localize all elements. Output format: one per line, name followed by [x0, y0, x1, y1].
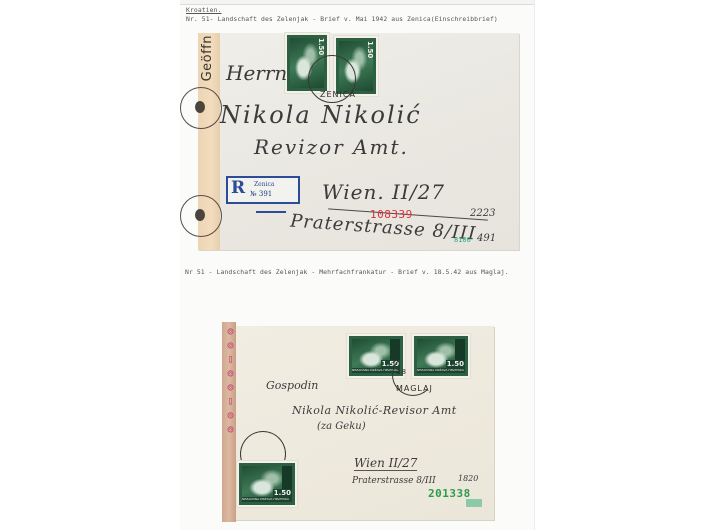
registration-number: № 391	[250, 190, 272, 198]
caption-cover-2: Nr 51 - Landschaft des Zelenjak - Mehrfa…	[185, 268, 509, 276]
address-line: Nikola Nikolić-Revisor Amt	[292, 404, 457, 417]
address-line: Revizor Amt.	[254, 135, 409, 159]
address-line: Wien II/27	[354, 456, 417, 471]
censor-tape: Geöffn	[198, 33, 220, 250]
stamp: NEZAVISNA DRŽAVA HRVATSKA 1.50	[237, 461, 297, 507]
address-line: (za Geku)	[317, 421, 366, 432]
country-heading: Kroatien.	[186, 6, 222, 14]
cover-2-envelope: NEZAVISNA DRŽAVA HRVATSKA 1.50 NEZAVISNA…	[222, 326, 494, 520]
pencil-note: 1820	[458, 474, 478, 483]
censor-dial-icon	[180, 195, 222, 237]
pencil-note: 2223	[470, 208, 495, 219]
censor-tape: ◎◎▯◎◎▯◎◎	[222, 322, 236, 522]
address-line: Wien. II/27	[322, 180, 445, 204]
cover-1-envelope: Geöffn 1.50 1.50 ZENICA Herrn Nikola Nik…	[198, 33, 519, 250]
postmark-town: MAGLAJ	[396, 384, 433, 393]
postmark-town: ZENICA	[320, 90, 356, 99]
address-line: Herrn	[226, 61, 287, 85]
caption-cover-1: Nr. 51- Landschaft des Zelenjak - Brief …	[186, 15, 498, 23]
censor-tape-text: ◎◎▯◎◎▯◎◎	[223, 326, 236, 438]
censor-tape-text: Geöffn	[200, 35, 218, 81]
postmark-date: 18	[396, 368, 407, 376]
address-line: Nikola Nikolić	[220, 101, 422, 129]
censor-dial-icon	[180, 87, 222, 129]
address-line: Praterstrasse 8/III	[352, 476, 436, 486]
registration-label: R Zenica № 391	[226, 176, 300, 204]
pencil-note: 491	[477, 233, 496, 244]
red-number-stamp: 108339	[370, 208, 413, 221]
registration-letter: R	[231, 178, 245, 198]
registration-underline	[256, 211, 286, 213]
green-number-stamp: 8100	[454, 236, 471, 244]
green-label	[466, 499, 482, 507]
address-line: Gospodin	[266, 379, 318, 392]
green-number-stamp: 201338	[428, 487, 471, 500]
registration-office: Zenica	[254, 181, 274, 188]
